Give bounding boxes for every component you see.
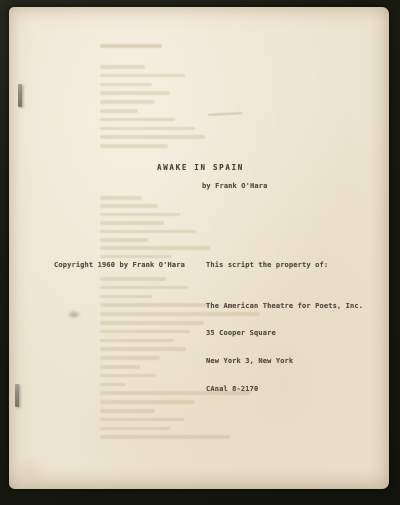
bleedthrough-line [100, 83, 152, 87]
script-title: AWAKE IN SPAIN [157, 163, 244, 172]
bleedthrough-line [100, 135, 205, 139]
bleedthrough-line [100, 339, 174, 343]
bleedthrough-line [100, 144, 168, 148]
bleedthrough-line [100, 91, 170, 95]
scratch-mark [208, 112, 242, 115]
property-label: This script the property of: [206, 261, 328, 270]
property-holder-address-line2: New York 3, New York [206, 357, 363, 366]
script-title-page: AWAKE IN SPAIN by Frank O'Hara Copyright… [9, 7, 389, 489]
bleedthrough-line [100, 303, 210, 307]
bleedthrough-line [100, 65, 145, 69]
copyright-line: Copyright 1960 by Frank O'Hara [54, 261, 185, 270]
bleedthrough-line [100, 230, 196, 234]
bleedthrough-line [100, 118, 175, 122]
property-holder-block: The American Theatre for Poets, Inc. 35 … [206, 283, 363, 413]
bleedthrough-line [100, 286, 188, 290]
bleedthrough-line [100, 127, 195, 131]
property-holder-phone: CAnal 8-2170 [206, 385, 363, 394]
bleedthrough-line [100, 277, 166, 281]
bleedthrough-line [100, 44, 162, 48]
bleedthrough-line [100, 238, 148, 242]
property-holder-address-line1: 35 Cooper Square [206, 329, 363, 338]
bleedthrough-line [100, 204, 158, 208]
bleedthrough-line [100, 418, 184, 422]
bleedthrough-line [100, 221, 164, 225]
bleedthrough-line [100, 347, 186, 351]
bleedthrough-line [100, 100, 155, 104]
staple-top [18, 84, 22, 107]
bleedthrough-line [100, 374, 156, 378]
bleedthrough-line [100, 246, 210, 250]
property-holder-name: The American Theatre for Poets, Inc. [206, 302, 363, 311]
bleedthrough-line [100, 109, 138, 113]
bleedthrough-text [9, 7, 389, 489]
corner-stain [11, 457, 47, 487]
staple-bottom [15, 384, 19, 407]
bleedthrough-line [100, 213, 180, 217]
bleedthrough-line [100, 356, 160, 360]
bleedthrough-line [100, 409, 155, 413]
script-byline: by Frank O'Hara [202, 182, 267, 191]
bleedthrough-line [100, 435, 230, 439]
scanned-page-photo: AWAKE IN SPAIN by Frank O'Hara Copyright… [0, 0, 400, 505]
bleedthrough-line [100, 383, 126, 387]
bleedthrough-line [100, 427, 170, 431]
bleedthrough-line [100, 255, 172, 259]
bleedthrough-line [100, 365, 140, 369]
ink-smudge [67, 310, 81, 319]
bleedthrough-line [100, 74, 185, 78]
bleedthrough-line [100, 400, 195, 404]
bleedthrough-line [100, 330, 190, 334]
bleedthrough-line [100, 196, 142, 200]
bleedthrough-line [100, 295, 152, 299]
bleedthrough-line [100, 321, 204, 325]
